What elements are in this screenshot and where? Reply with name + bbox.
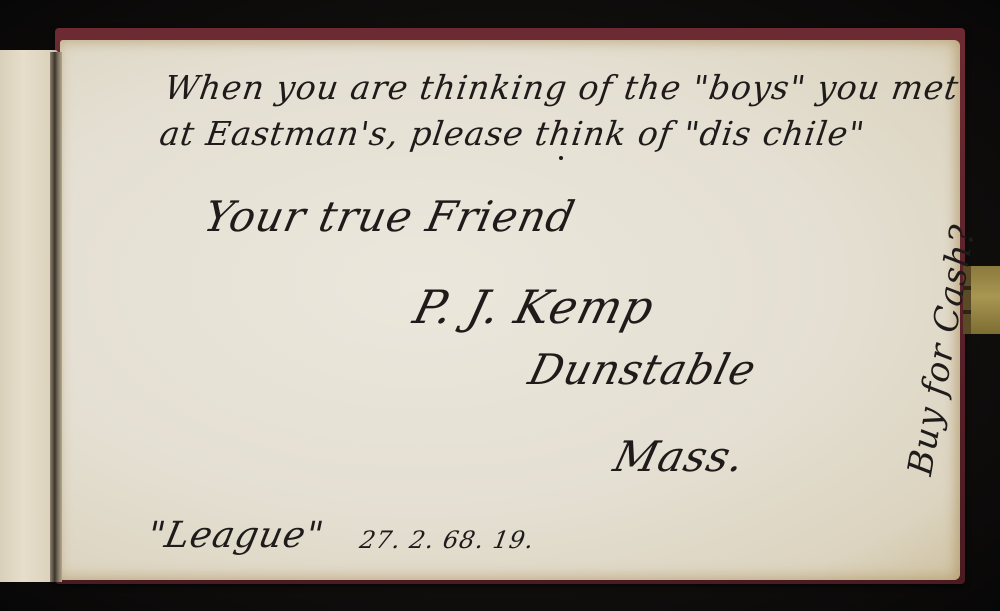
- closing-phrase: Your true Friend: [200, 192, 580, 241]
- nickname: "League": [144, 515, 328, 556]
- inscription-line-1: When you are thinking of the "boys" you …: [162, 68, 961, 107]
- signature: P. J. Kemp: [408, 280, 660, 334]
- signature-town: Dunstable: [524, 345, 762, 394]
- ink-dot: [559, 156, 563, 160]
- date: 27. 2. 68. 19.: [358, 526, 537, 554]
- inscription-line-2: at Eastman's, please think of "dis chile…: [157, 114, 867, 153]
- signature-state: Mass.: [609, 432, 751, 481]
- binding-gutter: [50, 52, 62, 582]
